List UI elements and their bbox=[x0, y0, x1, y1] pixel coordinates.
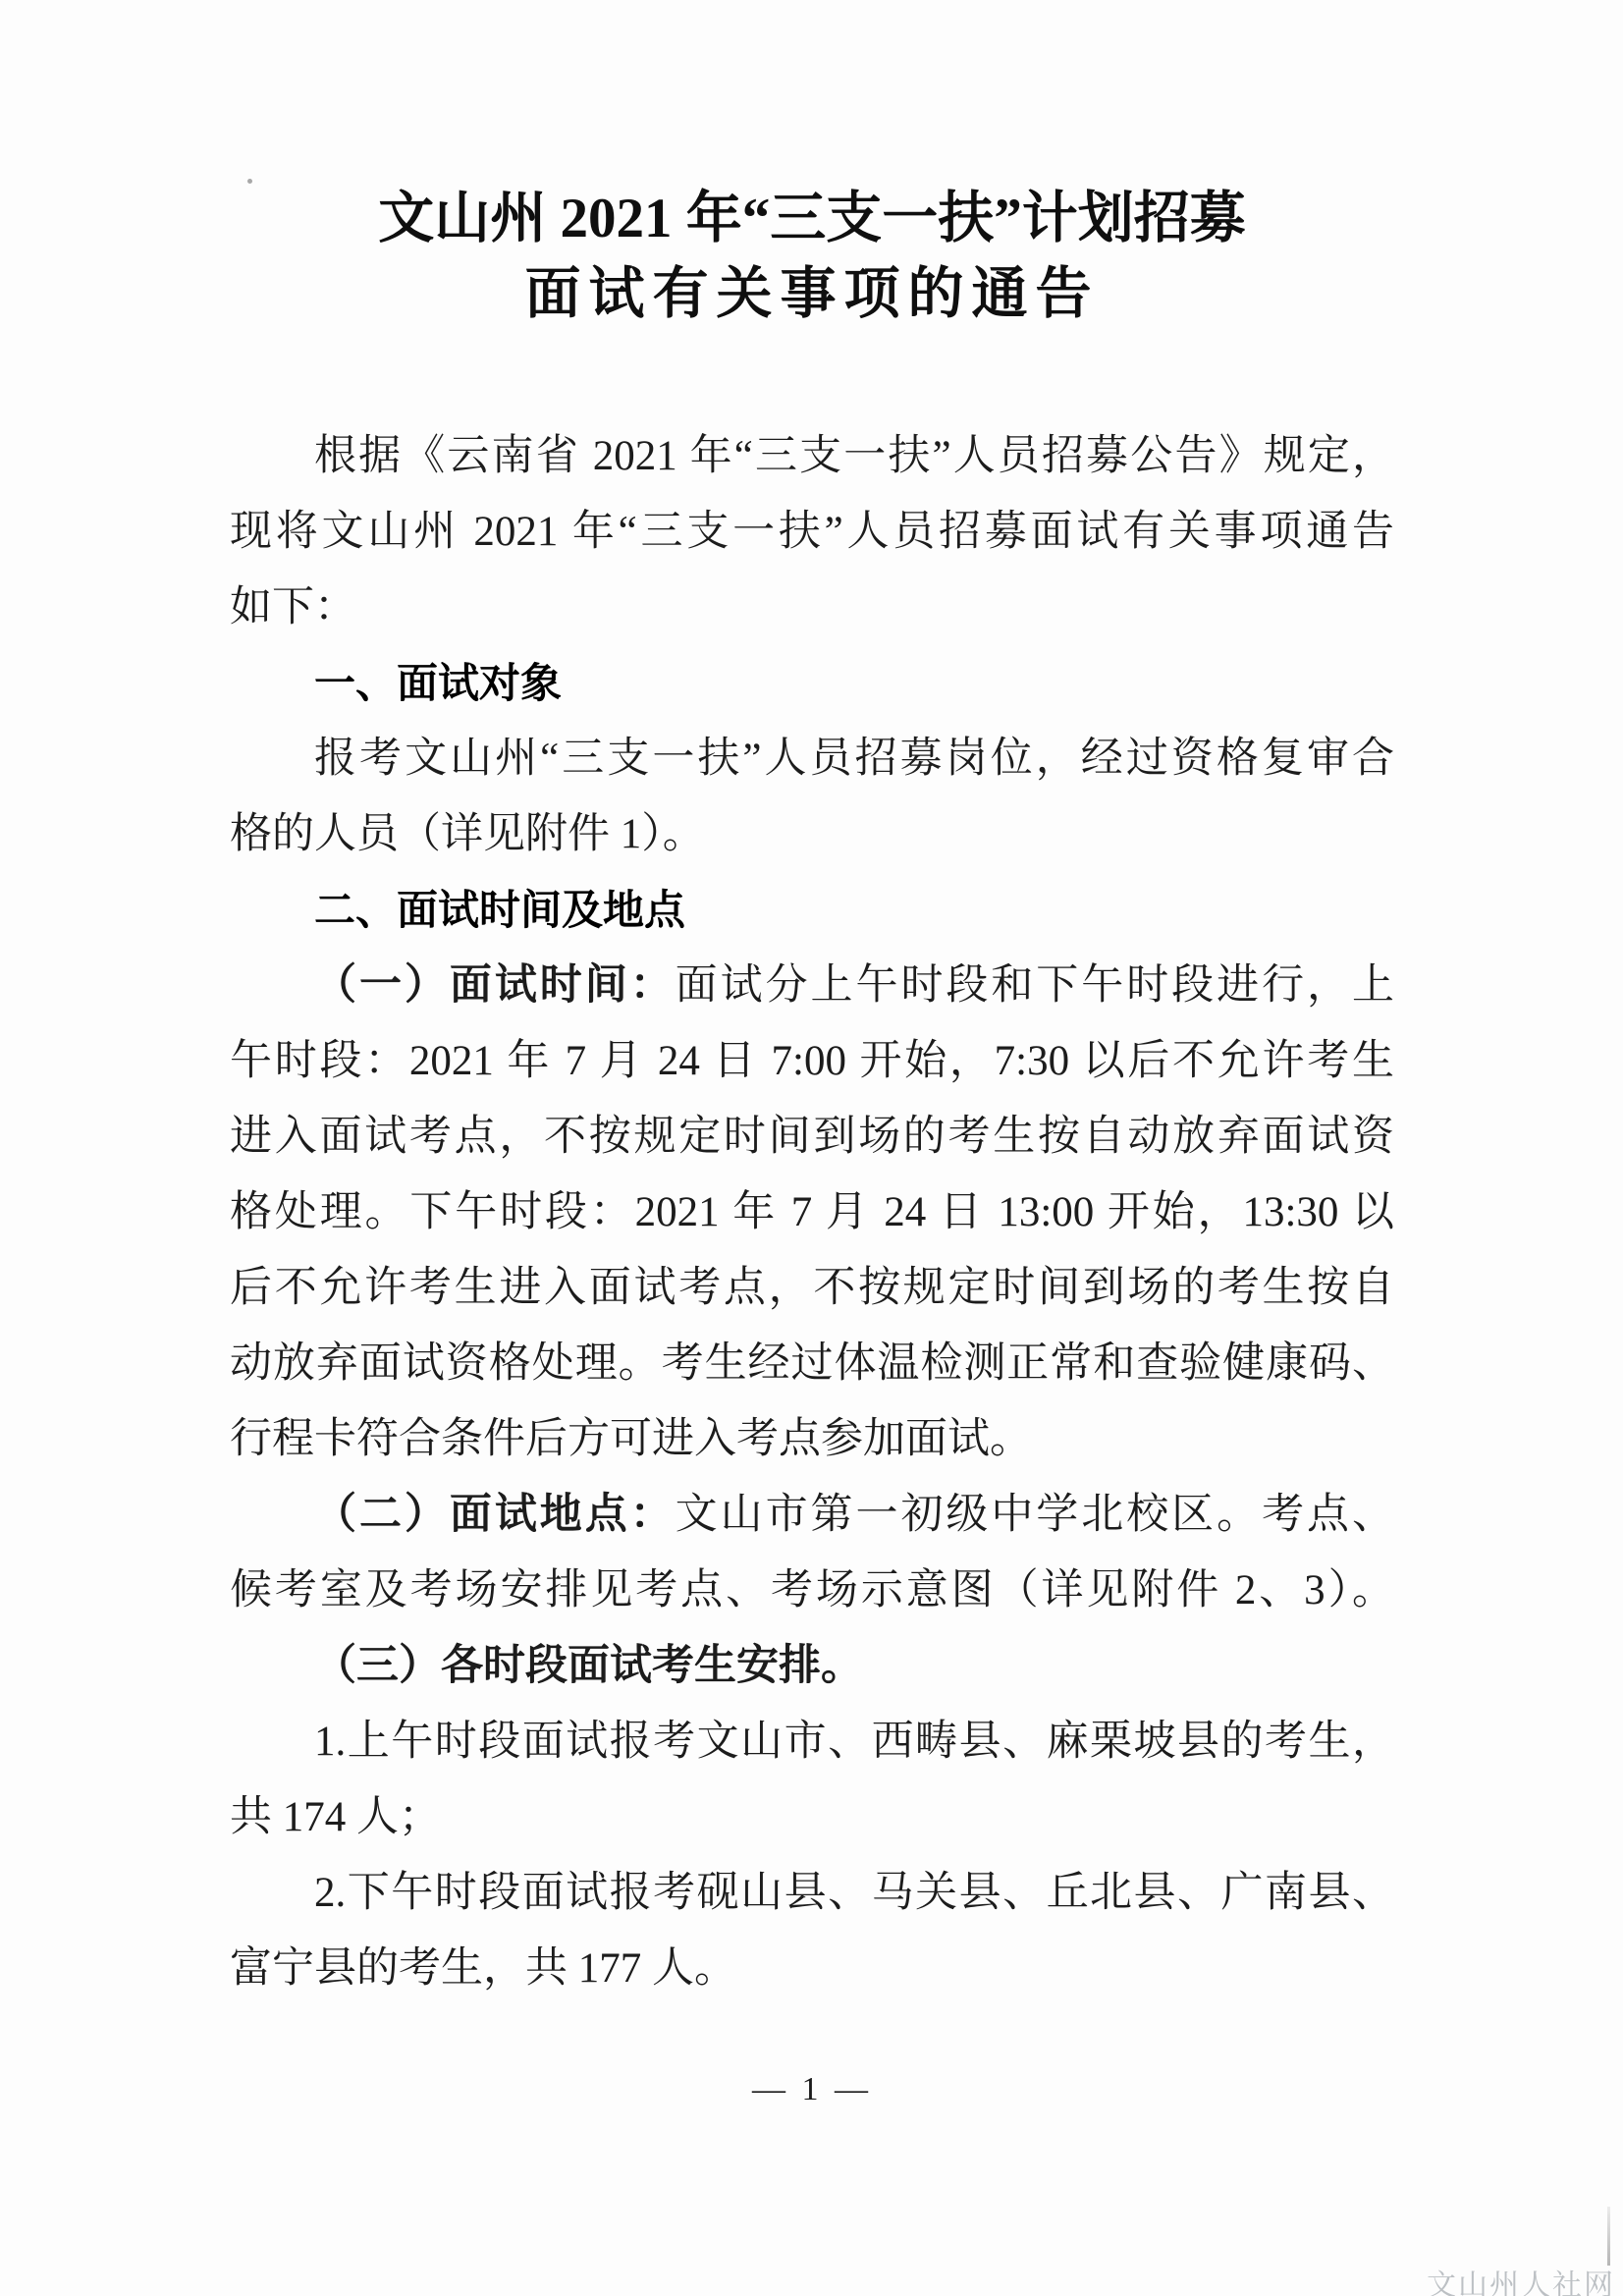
subsection2-location-line2: 候考室及考场安排见考点、考场示意图（详见附件 2、3）。 bbox=[230, 1553, 1394, 1628]
schedule-item1-line1: 1.上午时段面试报考文山市、西畴县、麻栗坡县的考生， bbox=[230, 1704, 1394, 1779]
subsection1-time-line4: 格处理。下午时段：2021 年 7 月 24 日 13:00 开始，13:30 … bbox=[230, 1175, 1394, 1250]
scan-artifact-speck bbox=[247, 179, 252, 184]
watermark: 文山州人社网 bbox=[1427, 2261, 1615, 2296]
subsection3-heading: （三）各时段面试考生安排。 bbox=[230, 1628, 1394, 1704]
subsection2-text: 文山市第一初级中学北校区。考点、 bbox=[676, 1492, 1394, 1538]
paragraph-intro-line3: 如下： bbox=[230, 570, 1394, 645]
subsection1-label: （一）面试时间： bbox=[314, 962, 676, 1009]
subsection1-time-line3: 进入面试考点，不按规定时间到场的考生按自动放弃面试资 bbox=[230, 1099, 1394, 1175]
document-title: 文山州 2021 年“三支一扶”计划招募 面试有关事项的通告 bbox=[230, 181, 1394, 332]
schedule-item2-line1: 2.下午时段面试报考砚山县、马关县、丘北县、广南县、 bbox=[230, 1855, 1394, 1931]
document-page: 文山州 2021 年“三支一扶”计划招募 面试有关事项的通告 根据《云南省 20… bbox=[0, 0, 1623, 2296]
subsection1-time-line2: 午时段：2021 年 7 月 24 日 7:00 开始，7:30 以后不允许考生 bbox=[230, 1023, 1394, 1099]
scan-artifact-line bbox=[1607, 2207, 1610, 2266]
subsection2-label: （二）面试地点： bbox=[314, 1492, 676, 1538]
paragraph-intro-line2: 现将文山州 2021 年“三支一扶”人员招募面试有关事项通告 bbox=[230, 494, 1394, 570]
page-number: — 1 — bbox=[230, 2070, 1394, 2109]
subsection1-time-line1: （一）面试时间：面试分上午时段和下午时段进行，上 bbox=[230, 948, 1394, 1023]
section1-line2: 格的人员（详见附件 1）。 bbox=[230, 796, 1394, 872]
section-heading-2: 二、面试时间及地点 bbox=[230, 872, 1394, 948]
document-title-line2: 面试有关事项的通告 bbox=[230, 256, 1394, 332]
section1-line1: 报考文山州“三支一扶”人员招募岗位，经过资格复审合 bbox=[230, 721, 1394, 796]
section-heading-1: 一、面试对象 bbox=[230, 645, 1394, 721]
schedule-item2-line2: 富宁县的考生，共 177 人。 bbox=[230, 1931, 1394, 2006]
schedule-item1-line2: 共 174 人； bbox=[230, 1779, 1394, 1855]
subsection1-time-line6: 动放弃面试资格处理。考生经过体温检测正常和查验健康码、 bbox=[230, 1326, 1394, 1401]
document-title-line1: 文山州 2021 年“三支一扶”计划招募 bbox=[230, 181, 1394, 256]
subsection1-time-line5: 后不允许考生进入面试考点，不按规定时间到场的考生按自 bbox=[230, 1250, 1394, 1326]
document-body: 根据《云南省 2021 年“三支一扶”人员招募公告》规定， 现将文山州 2021… bbox=[230, 418, 1394, 2006]
subsection1-time-line7: 行程卡符合条件后方可进入考点参加面试。 bbox=[230, 1401, 1394, 1477]
subsection2-location-line1: （二）面试地点：文山市第一初级中学北校区。考点、 bbox=[230, 1477, 1394, 1553]
subsection1-text: 面试分上午时段和下午时段进行，上 bbox=[676, 962, 1394, 1009]
paragraph-intro-line1: 根据《云南省 2021 年“三支一扶”人员招募公告》规定， bbox=[230, 418, 1394, 494]
